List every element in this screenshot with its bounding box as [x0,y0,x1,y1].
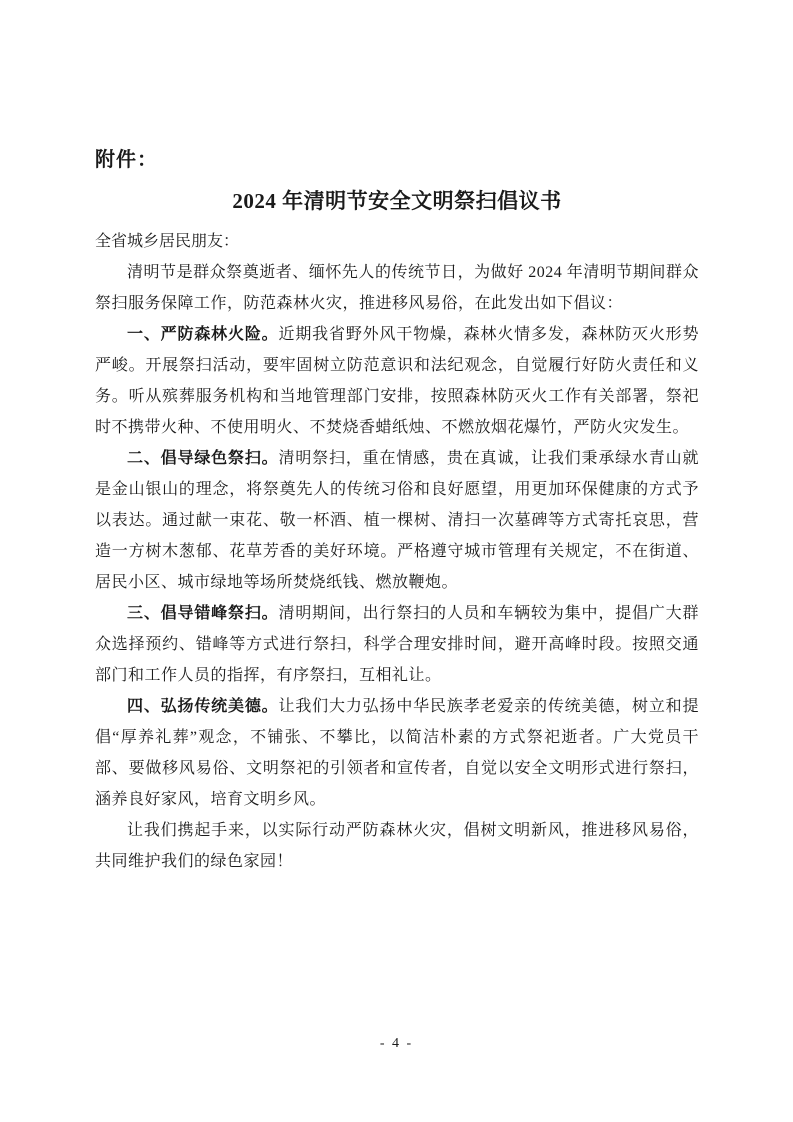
section-heading: 一、严防森林火险。 [127,326,279,343]
document-page: 附件： 2024 年清明节安全文明祭扫倡议书 全省城乡居民朋友： 清明节是群众祭… [0,0,793,1122]
section-heading: 三、倡导错峰祭扫。 [127,605,279,622]
closing-paragraph: 让我们携起手来，以实际行动严防森林火灾，倡树文明新风，推进移风易俗，共同维护我们… [95,815,699,877]
page-number: - 4 - [0,1036,793,1052]
section-body: 清明祭扫，重在情感，贵在真诚，让我们秉承绿水青山就是金山银山的理念，将祭奠先人的… [95,450,699,591]
document-content: 附件： 2024 年清明节安全文明祭扫倡议书 全省城乡居民朋友： 清明节是群众祭… [95,146,699,877]
section-paragraph: 三、倡导错峰祭扫。清明期间，出行祭扫的人员和车辆较为集中，提倡广大群众选择预约、… [95,598,699,691]
document-title: 2024 年清明节安全文明祭扫倡议书 [95,186,699,216]
section-paragraph: 二、倡导绿色祭扫。清明祭扫，重在情感，贵在真诚，让我们秉承绿水青山就是金山银山的… [95,443,699,598]
intro-paragraph: 清明节是群众祭奠逝者、缅怀先人的传统节日，为做好 2024 年清明节期间群众祭扫… [95,257,699,319]
attachment-label: 附件： [95,146,699,174]
section-heading: 四、弘扬传统美德。 [127,698,279,715]
salutation: 全省城乡居民朋友： [95,226,699,257]
section-heading: 二、倡导绿色祭扫。 [127,450,279,467]
section-paragraph: 四、弘扬传统美德。让我们大力弘扬中华民族孝老爱亲的传统美德，树立和提倡“厚养礼葬… [95,691,699,815]
sections: 一、严防森林火险。近期我省野外风干物燥，森林火情多发，森林防灭火形势严峻。开展祭… [95,319,699,815]
section-paragraph: 一、严防森林火险。近期我省野外风干物燥，森林火情多发，森林防灭火形势严峻。开展祭… [95,319,699,443]
